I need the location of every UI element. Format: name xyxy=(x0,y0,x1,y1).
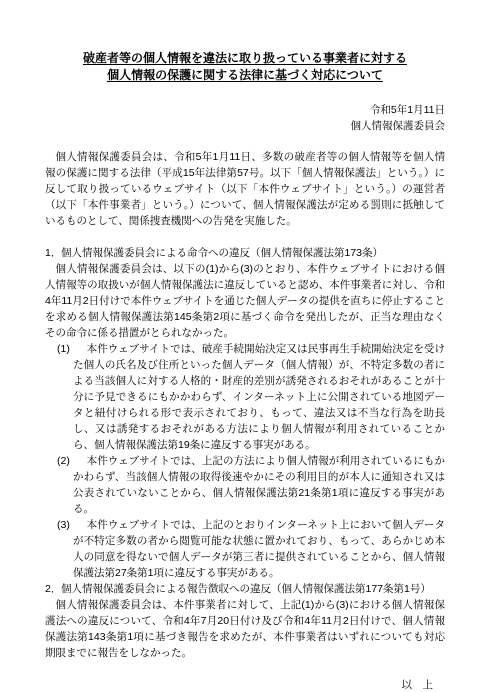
section-1: 1． 個人情報保護委員会による命令への違反（個人情報保護法第173条） 個人情報… xyxy=(45,245,445,581)
section-2-heading: 2． 個人情報保護委員会による報告徴収への違反（個人情報保護法第177条第1号） xyxy=(45,581,445,597)
item-2-text: 本件ウェブサイトでは、上記の方法により個人情報が利用されているにもかかわらず、当… xyxy=(73,455,445,515)
item-2-marker: (2) xyxy=(57,453,70,469)
document-title: 破産者等の個人情報を違法に取り扱っている事業者に対する 個人情報の保護に関する法… xyxy=(45,50,445,84)
section-1-number: 1． xyxy=(45,245,61,261)
item-1-text: 本件ウェブサイトでは、破産手続開始決定又は民事再生手続開始決定を受けた個人の氏名… xyxy=(73,343,445,451)
section-1-heading: 1． 個人情報保護委員会による命令への違反（個人情報保護法第173条） xyxy=(45,245,445,261)
section-1-heading-text: 個人情報保護委員会による命令への違反（個人情報保護法第173条） xyxy=(61,245,445,261)
document-organization: 個人情報保護委員会 xyxy=(45,118,445,134)
section-1-body: 個人情報保護委員会は、以下の(1)から(3)のとおり、本件ウェブサイトにおける個… xyxy=(45,261,445,341)
document-date: 令和5年1月11日 xyxy=(45,102,445,118)
document-title-line2: 個人情報の保護に関する法律に基づく対応について xyxy=(45,67,445,84)
section-1-item-3: (3) 本件ウェブサイトでは、上記のとおりインターネット上において個人データが不… xyxy=(73,517,445,581)
item-3-marker: (3) xyxy=(57,517,70,533)
section-1-item-2: (2) 本件ウェブサイトでは、上記の方法により個人情報が利用されているにもかかわ… xyxy=(73,453,445,517)
closing-mark: 以 上 xyxy=(45,677,445,692)
document-header: 令和5年1月11日 個人情報保護委員会 xyxy=(45,102,445,134)
item-1-marker: (1) xyxy=(57,341,70,357)
section-2: 2． 個人情報保護委員会による報告徴収への違反（個人情報保護法第177条第1号）… xyxy=(45,581,445,661)
document-title-line1: 破産者等の個人情報を違法に取り扱っている事業者に対する xyxy=(45,50,445,67)
section-2-heading-text: 個人情報保護委員会による報告徴収への違反（個人情報保護法第177条第1号） xyxy=(61,581,445,597)
intro-paragraph: 個人情報保護委員会は、令和5年1月11日、多数の破産者等の個人情報等を個人情報の… xyxy=(45,149,445,229)
document-page: 破産者等の個人情報を違法に取り扱っている事業者に対する 個人情報の保護に関する法… xyxy=(0,0,490,692)
section-2-body: 個人情報保護委員会は、本件事業者に対して、上記(1)から(3)における個人情報保… xyxy=(45,597,445,661)
section-1-item-1: (1) 本件ウェブサイトでは、破産手続開始決定又は民事再生手続開始決定を受けた個… xyxy=(73,341,445,453)
section-2-number: 2． xyxy=(45,581,61,597)
item-3-text: 本件ウェブサイトでは、上記のとおりインターネット上において個人データが不特定多数… xyxy=(73,519,445,579)
